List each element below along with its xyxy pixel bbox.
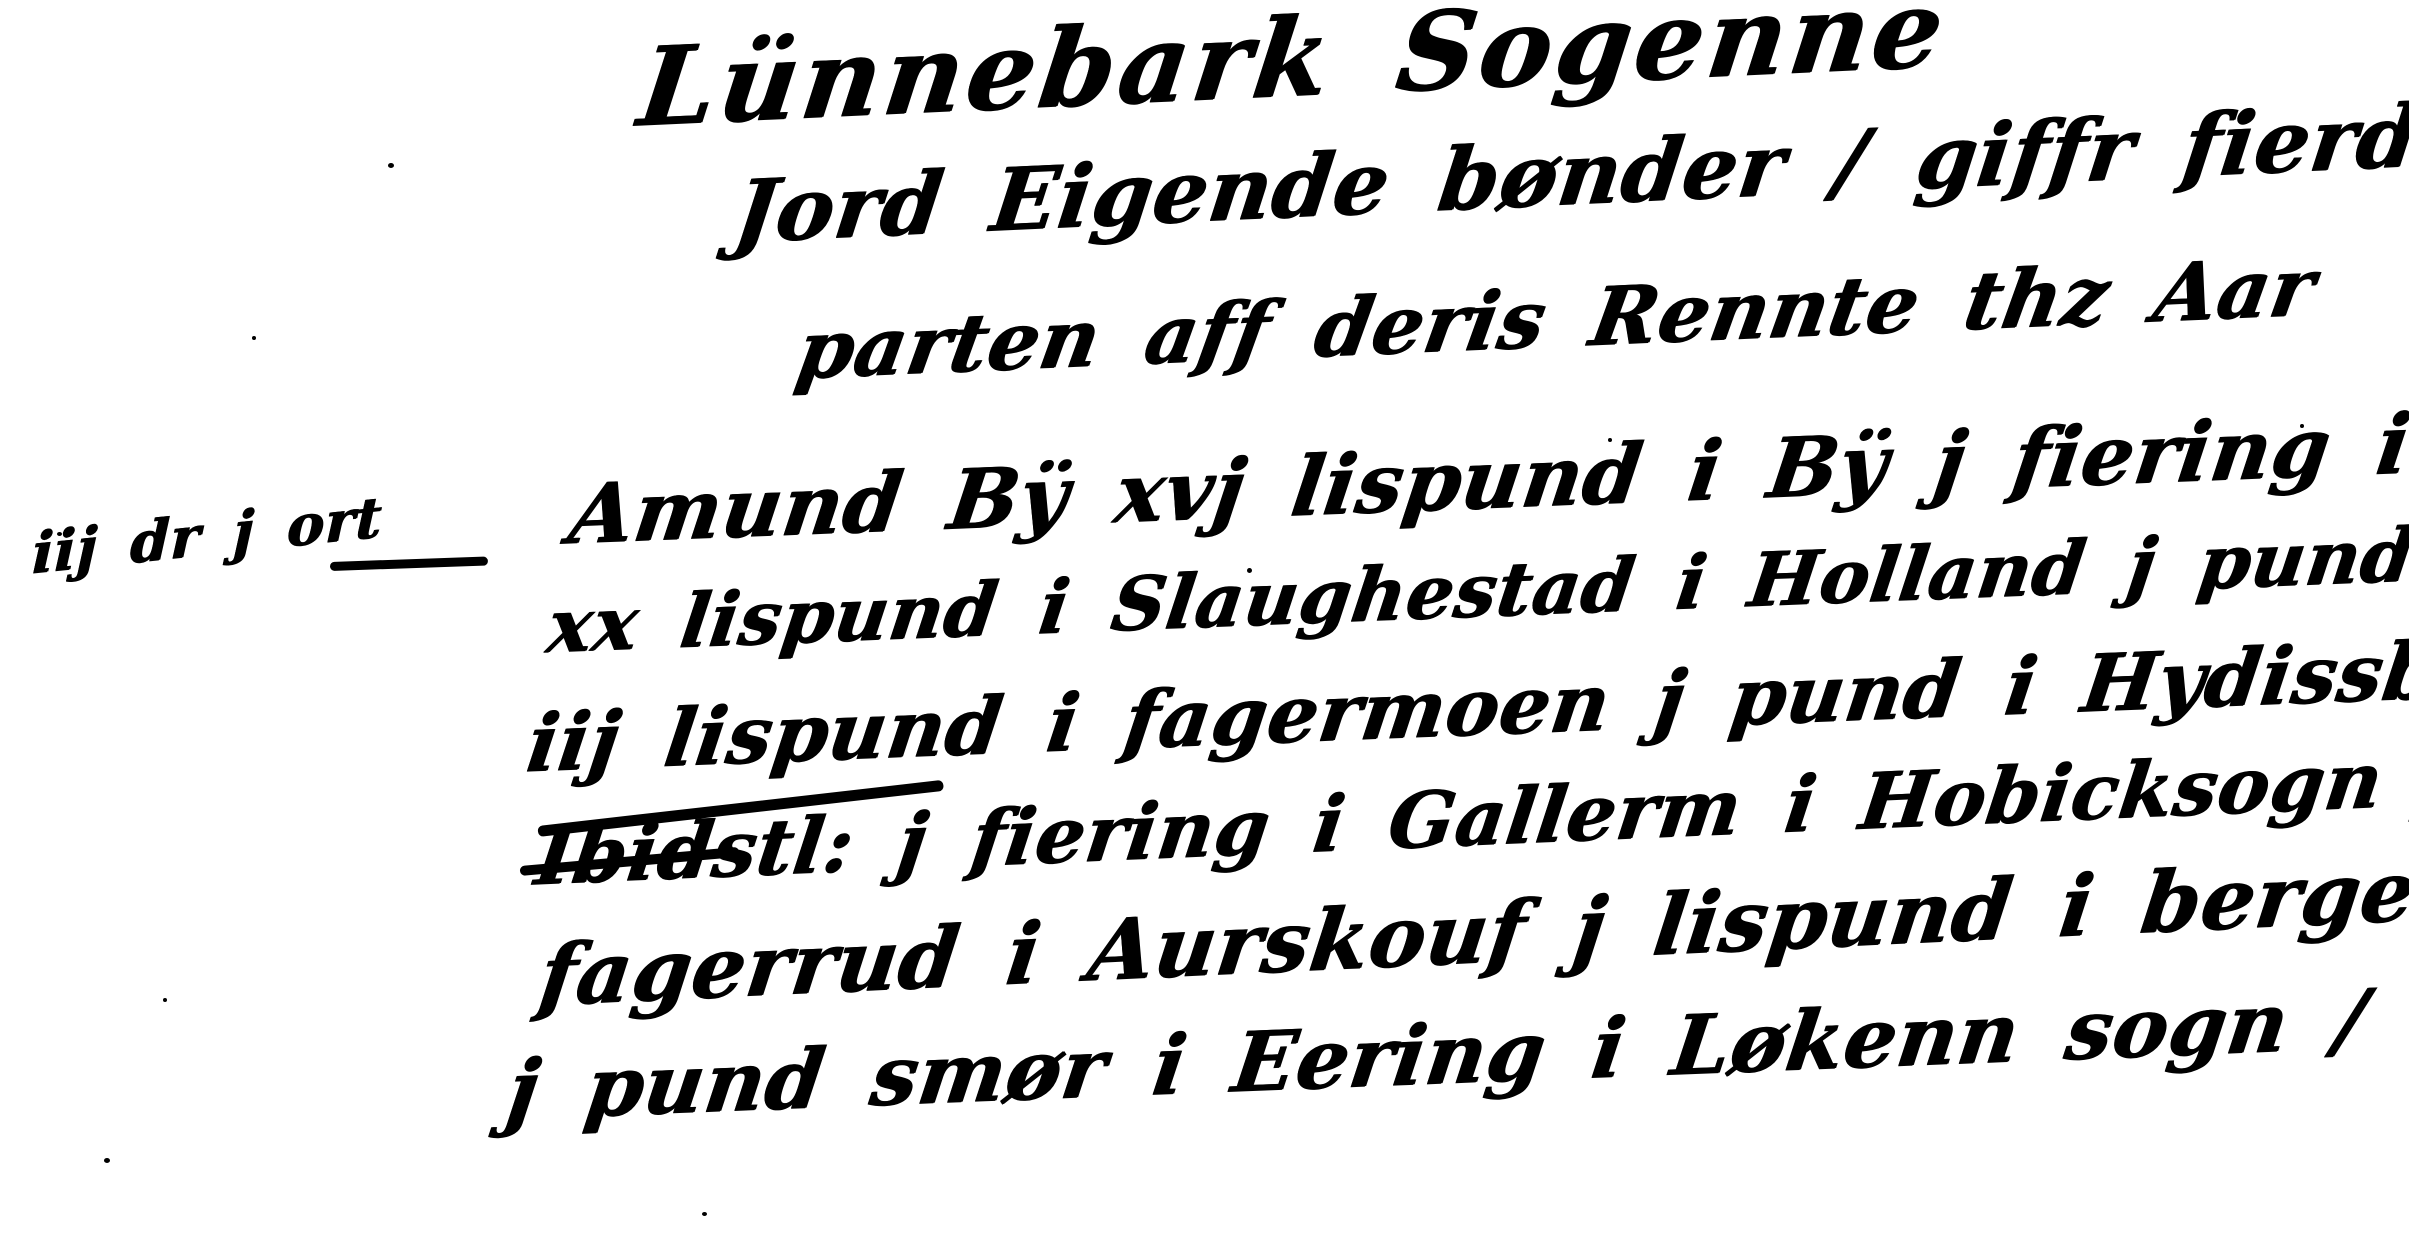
- ink-speck: [104, 1158, 110, 1163]
- ink-speck: [702, 1212, 707, 1216]
- ink-speck: [388, 163, 394, 168]
- ink-speck: [252, 336, 256, 340]
- ink-speck: [2300, 424, 2304, 428]
- margin-filler-stroke: [330, 556, 488, 571]
- heading-subtitle-line-2: parten aff deris Rennte thz Aar: [791, 246, 2321, 390]
- ink-speck: [1608, 438, 1612, 442]
- manuscript-page: Lünnebark Sogenne Jord Eigende bønder / …: [0, 0, 2409, 1238]
- ink-speck: [57, 532, 62, 536]
- ink-speck: [163, 998, 167, 1002]
- ink-speck: [1247, 568, 1252, 573]
